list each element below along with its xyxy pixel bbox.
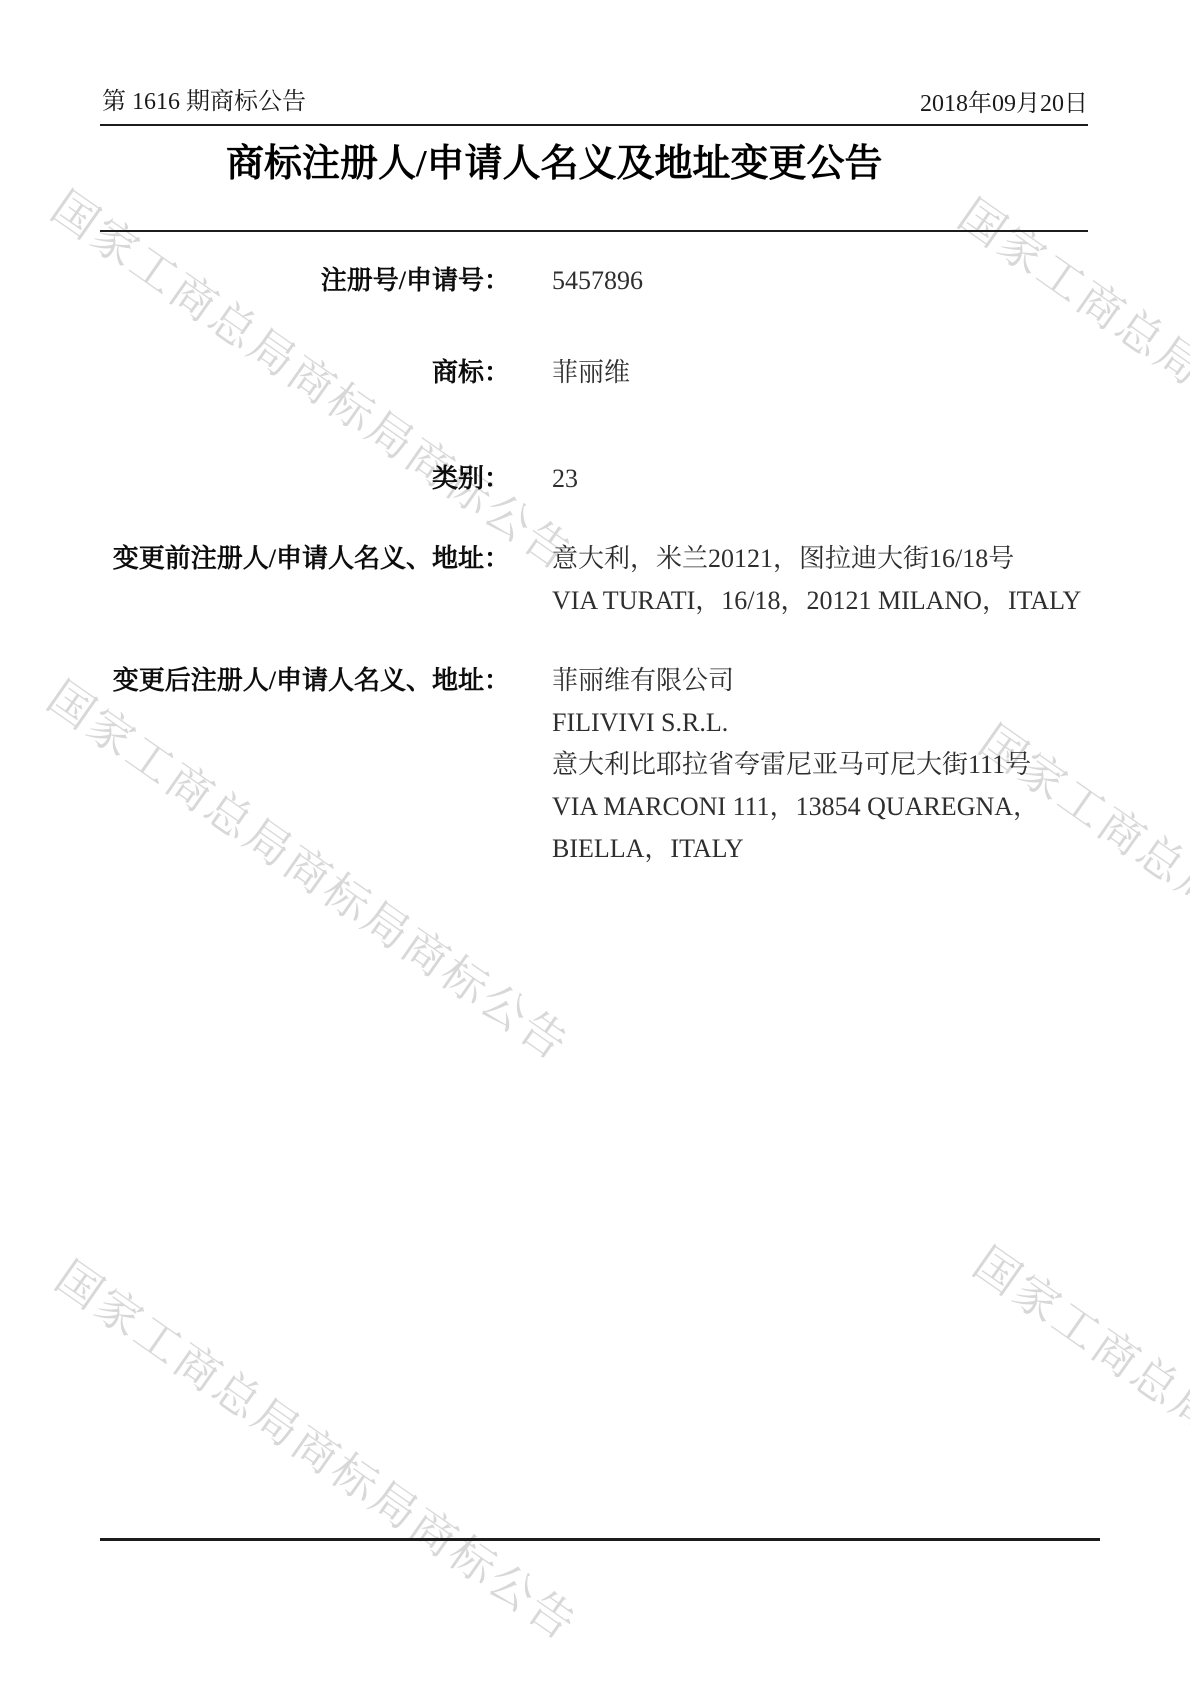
gazette-issue-label: 第 1616 期商标公告 bbox=[102, 90, 306, 114]
field-value-line: VIA MARCONI 111，13854 QUAREGNA， bbox=[552, 786, 1039, 828]
page-content: 第 1616 期商标公告 2018年09月20日 商标注册人/申请人名义及地址变… bbox=[0, 0, 1190, 1684]
header-divider bbox=[100, 124, 1088, 126]
field-value: 菲丽维有限公司 FILIVIVI S.R.L. 意大利比耶拉省夸雷尼亚马可尼大街… bbox=[552, 660, 1039, 870]
field-value-line: 菲丽维 bbox=[552, 352, 630, 394]
field-value-line: 意大利，米兰20121，图拉迪大街16/18号 bbox=[552, 538, 1081, 580]
page-title: 商标注册人/申请人名义及地址变更公告 bbox=[226, 145, 883, 183]
field-value-line: BIELLA，ITALY bbox=[552, 828, 1039, 870]
title-divider bbox=[100, 230, 1088, 232]
field-value-line: 意大利比耶拉省夸雷尼亚马可尼大街111号 bbox=[552, 744, 1039, 786]
field-value: 23 bbox=[552, 458, 578, 500]
field-value-line: 菲丽维有限公司 bbox=[552, 660, 1039, 702]
field-value: 5457896 bbox=[552, 260, 643, 302]
field-label: 变更前注册人/申请人名义、地址： bbox=[113, 538, 510, 580]
field-label: 商标： bbox=[432, 352, 510, 394]
field-label: 变更后注册人/申请人名义、地址： bbox=[113, 660, 510, 702]
field-label: 注册号/申请号： bbox=[321, 260, 510, 302]
footer-divider bbox=[100, 1538, 1100, 1541]
field-value-line: FILIVIVI S.R.L. bbox=[552, 702, 1039, 744]
document-page: 国家工商总局商标局商标公告 国家工商总局商标局商标公告 国家工商总局商标局商标公… bbox=[0, 0, 1190, 1684]
field-value: 意大利，米兰20121，图拉迪大街16/18号 VIA TURATI，16/18… bbox=[552, 538, 1081, 622]
field-value-line: VIA TURATI，16/18，20121 MILANO，ITALY bbox=[552, 580, 1081, 622]
gazette-date: 2018年09月20日 bbox=[920, 92, 1088, 116]
field-value-line: 23 bbox=[552, 458, 578, 500]
field-label: 类别： bbox=[432, 458, 510, 500]
field-value: 菲丽维 bbox=[552, 352, 630, 394]
field-value-line: 5457896 bbox=[552, 260, 643, 302]
